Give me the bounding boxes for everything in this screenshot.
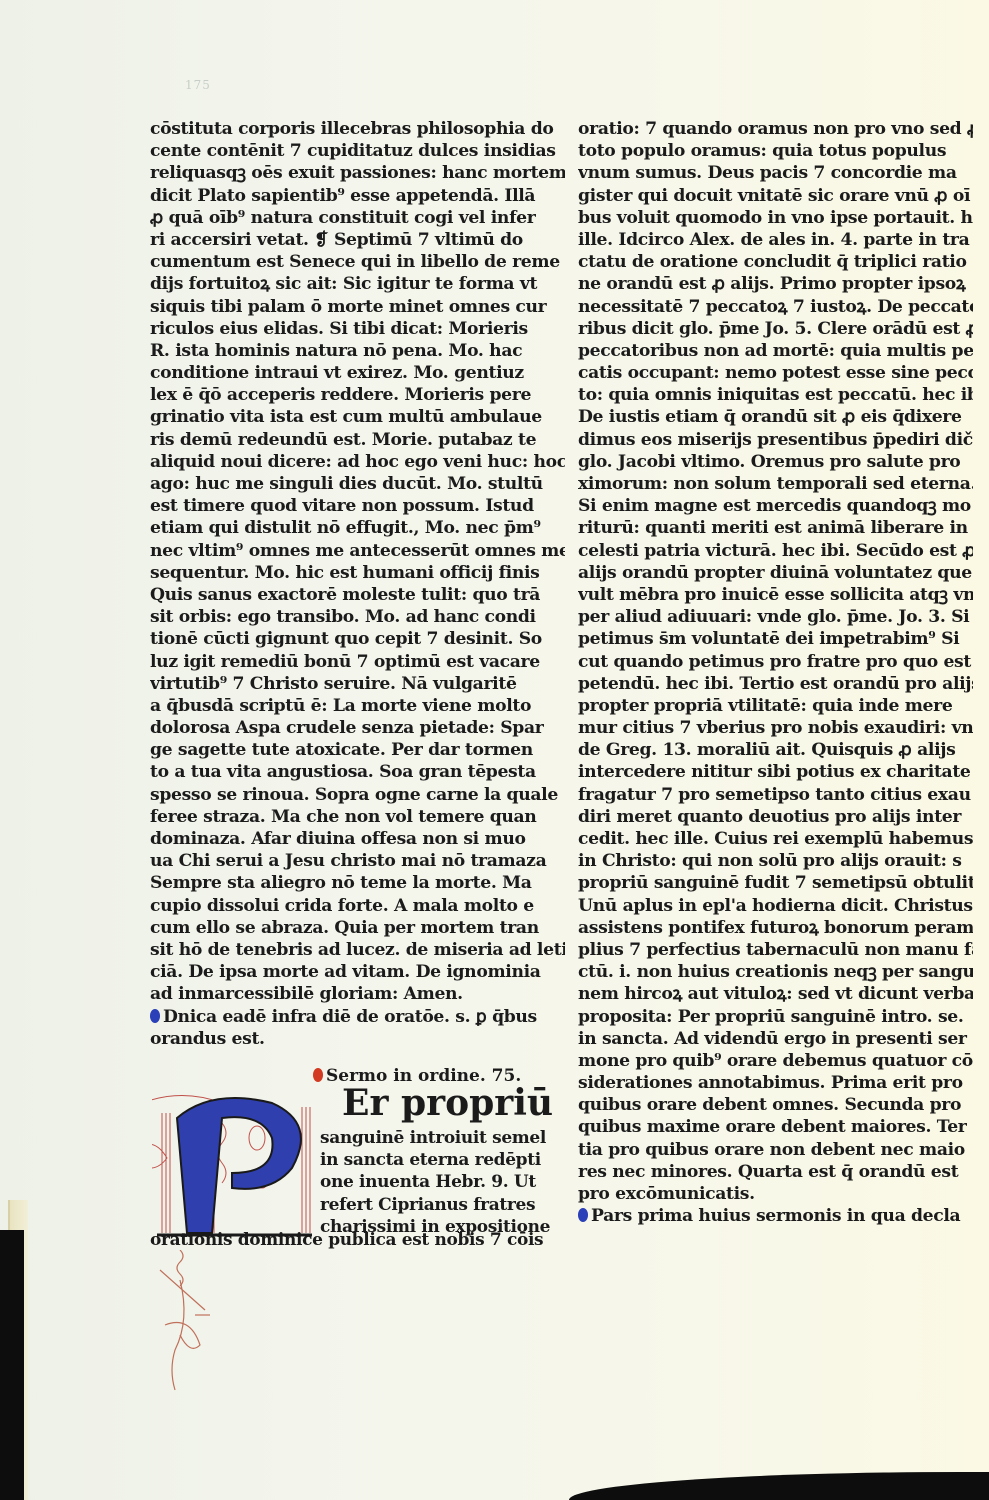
text-line: ciā. De ipsa morte ad vitam. De ignomini… <box>150 961 565 983</box>
text-line: Si enim magne est mercedis quandoqꝫ mo <box>578 495 973 517</box>
text-line: dicit Plato sapientib⁹ esse appetendā. I… <box>150 185 565 207</box>
text-line: Sempre sta aliegro nō teme la morte. Ma <box>150 872 565 894</box>
text-line: alijs orandū propter diuinā voluntatez q… <box>578 562 973 584</box>
text-line: assistens pontifex futuroꝝ bonorum peram <box>578 917 973 939</box>
text-line: cupio dissolui crida forte. A mala molto… <box>150 895 565 917</box>
text-line: cōstituta corporis illecebras philosophi… <box>150 118 565 140</box>
text-line: sanguinē introiuit semel <box>320 1127 570 1149</box>
text-line: in sancta eterna redēpti <box>320 1149 570 1171</box>
left-column-text: cōstituta corporis illecebras philosophi… <box>150 118 565 1050</box>
text-line: siderationes annotabimus. Prima erit pro <box>578 1072 973 1094</box>
illuminated-initial <box>152 1093 317 1241</box>
text-beside-initial: sanguinē introiuit semel in sancta etern… <box>320 1127 570 1238</box>
text-line: sequentur. Mo. hic est humani officij fi… <box>150 562 565 584</box>
text-line: gister qui docuit vnitatē sic orare vnū … <box>578 185 973 207</box>
text-line: ꝓ quā oīb⁹ natura constituit cogi vel in… <box>150 207 565 229</box>
text-line: ge sagette tute atoxicate. Per dar torme… <box>150 739 565 761</box>
text-line: propter propriā vtilitatē: quia inde mer… <box>578 695 973 717</box>
text-line: Unū aplus in epl'a hodierna dicit. Chris… <box>578 895 973 917</box>
text-line: petendū. hec ibi. Tertio est orandū pro … <box>578 673 973 695</box>
text-line: ximorum: non solum temporali sed eterna. <box>578 473 973 495</box>
text-line: bus voluit quomodo in vno ipse portauit.… <box>578 207 973 229</box>
text-line: reliquasqꝫ oēs exuit passiones: hanc mor… <box>150 162 565 184</box>
marginal-flourish-icon <box>130 1250 230 1410</box>
text-line: to a tua vita angustiosa. Soa gran tēpes… <box>150 761 565 783</box>
text-line: dominaza. Afar diuina offesa non si muo <box>150 828 565 850</box>
text-line: conditione intraui vt exirez. Mo. gentiu… <box>150 362 565 384</box>
text-line: ri accersiri vetat. ❡ Septimū 7 vltimū d… <box>150 229 565 251</box>
text-line: oratio: 7 quando oramus non pro vno sed … <box>578 118 973 140</box>
text-line: lex ē q̄ō acceperis reddere. Morieris pe… <box>150 384 565 406</box>
text-line: riturū: quanti meriti est animā liberare… <box>578 517 973 539</box>
text-line: ctū. i. non huius creationis neqꝫ per sa… <box>578 961 973 983</box>
text-line: fragatur 7 pro semetipso tanto citius ex… <box>578 784 973 806</box>
text-line: dolorosa Aspa crudele senza pietade: Spa… <box>150 717 565 739</box>
text-line: R. ista hominis natura nō pena. Mo. hac <box>150 340 565 362</box>
text-line: per aliud adiuuari: vnde glo. p̄me. Jo. … <box>578 606 973 628</box>
text-line: est timere quod vitare non possum. Istud <box>150 495 565 517</box>
text-line: cumentum est Senece qui in libello de re… <box>150 251 565 273</box>
text-line: refert Ciprianus fratres <box>320 1194 570 1216</box>
text-line: in Christo: qui non solū pro alijs oraui… <box>578 850 973 872</box>
text-line: de Greg. 13. moraliū ait. Quisquis ꝓ ali… <box>578 739 973 761</box>
text-line: peccatoribus non ad mortē: quia multis p… <box>578 340 973 362</box>
text-line: celesti patria victurā. hec ibi. Secūdo … <box>578 540 973 562</box>
text-line: De iustis etiam q̄ orandū sit ꝓ eis q̄di… <box>578 406 973 428</box>
text-line: propriū sanguinē fudit 7 semetipsū obtul… <box>578 872 973 894</box>
text-line: in sancta. Ad videndū ergo in presenti s… <box>578 1028 973 1050</box>
text-line: cente contēnit 7 cupiditatuz dulces insi… <box>150 140 565 162</box>
text-line: cut quando petimus pro fratre pro quo es… <box>578 651 973 673</box>
text-line: vnum sumus. Deus pacis 7 concordie ma <box>578 162 973 184</box>
text-line: to: quia omnis iniquitas est peccatū. he… <box>578 384 973 406</box>
text-line: plius 7 perfectius tabernaculū non manu … <box>578 939 973 961</box>
text-line: riculos eius elidas. Si tibi dicat: Mori… <box>150 318 565 340</box>
text-line: ne orandū est ꝓ alijs. Primo propter ips… <box>578 273 973 295</box>
right-column-text: oratio: 7 quando oramus non pro vno sed … <box>578 118 973 1227</box>
initial-penwork-icon <box>152 1093 317 1241</box>
text-line: nem hircoꝝ aut vituloꝝ: sed vt dicunt ve… <box>578 983 973 1005</box>
text-line: nec vltim⁹ omnes me antecesserūt omnes m… <box>150 540 565 562</box>
text-line: Quis sanus exactorē moleste tulit: quo t… <box>150 584 565 606</box>
text-line: diri meret quanto deuotius pro alijs int… <box>578 806 973 828</box>
text-line: tia pro quibus orare non debent nec maio <box>578 1139 973 1161</box>
incipit-large-text: Er propriū <box>342 1083 553 1123</box>
text-line: virtutib⁹ 7 Christo seruire. Nā vulgarit… <box>150 673 565 695</box>
text-line: one inuenta Hebr. 9. Ut <box>320 1171 570 1193</box>
text-line: luz igit remediū bonū 7 optimū est vacar… <box>150 651 565 673</box>
text-line: proposita: Per propriū sanguinē intro. s… <box>578 1006 973 1028</box>
text-line: spesso se rinoua. Sopra ogne carne la qu… <box>150 784 565 806</box>
text-line: toto populo oramus: quia totus populus <box>578 140 973 162</box>
blue-paragraph-mark-icon <box>150 1009 160 1023</box>
faint-folio-mark: 175 <box>185 78 211 92</box>
text-line: ille. Idcirco Alex. de ales in. 4. parte… <box>578 229 973 251</box>
text-line: vult mēbra pro inuicē esse sollicita atq… <box>578 584 973 606</box>
text-line: quibus orare debent omnes. Secunda pro <box>578 1094 973 1116</box>
rubric-text: Dnica eadē infra diē de oratōe. s. ꝑ q̄b… <box>163 1007 537 1027</box>
text-line: ad inmarcessibilē gloriam: Amen. <box>150 983 565 1005</box>
section-rubric: Pars prima huius sermonis in qua decla <box>578 1205 973 1227</box>
text-line: cum ello se abraza. Quia per mortem tran <box>150 917 565 939</box>
section-rubric-text: Pars prima huius sermonis in qua decla <box>591 1206 960 1226</box>
rubric-heading: Dnica eadē infra diē de oratōe. s. ꝑ q̄b… <box>150 1006 565 1028</box>
text-line: aliquid noui dicere: ad hoc ego veni huc… <box>150 451 565 473</box>
text-line: tionē cūcti gignunt quo cepit 7 desinit.… <box>150 628 565 650</box>
text-line: siquis tibi palam ō morte minet omnes cu… <box>150 296 565 318</box>
text-line: dimus eos miserijs presentibus p̄pediri … <box>578 429 973 451</box>
text-line: mur citius 7 vberius pro nobis exaudiri:… <box>578 717 973 739</box>
blue-paragraph-mark-icon <box>578 1208 588 1222</box>
text-line: ris demū redeundū est. Morie. putabaz te <box>150 429 565 451</box>
text-line: pro excōmunicatis. <box>578 1183 973 1205</box>
text-line: ua Chi serui a Jesu christo mai nō trama… <box>150 850 565 872</box>
text-line: ago: huc me singuli dies ducūt. Mo. stul… <box>150 473 565 495</box>
text-line: petimus s̄m voluntatē dei impetrabim⁹ Si <box>578 628 973 650</box>
text-line: sit orbis: ego transibo. Mo. ad hanc con… <box>150 606 565 628</box>
text-line-below-initial: orationis dominice publica est nobis 7 c… <box>150 1229 543 1251</box>
text-line: mone pro quib⁹ orare debemus quatuor cō <box>578 1050 973 1072</box>
book-page: 175 cōstituta corporis illecebras philos… <box>0 0 989 1500</box>
text-line: feree straza. Ma che non vol temere quan <box>150 806 565 828</box>
text-line: etiam qui distulit nō effugit., Mo. nec … <box>150 517 565 539</box>
text-line: intercedere nititur sibi potius ex chari… <box>578 761 973 783</box>
text-line: dijs fortuitoꝝ sic ait: Sic igitur te fo… <box>150 273 565 295</box>
text-line: ctatu de oratione concludit q̄ triplici … <box>578 251 973 273</box>
dark-background-left <box>0 1230 24 1500</box>
text-line: quibus maxime orare debent maiores. Ter <box>578 1116 973 1138</box>
text-line: necessitatē 7 peccatoꝝ 7 iustoꝝ. De pecc… <box>578 296 973 318</box>
text-line: sit hō de tenebris ad lucez. de miseria … <box>150 939 565 961</box>
text-line: a q̄busdā scriptū ē: La morte viene molt… <box>150 695 565 717</box>
text-line: grinatio vita ista est cum multū ambulau… <box>150 406 565 428</box>
page-curl-shadow <box>569 1472 989 1500</box>
text-line: catis occupant: nemo potest esse sine pe… <box>578 362 973 384</box>
rubric-heading-continued: orandus est. <box>150 1028 565 1050</box>
text-line: glo. Jacobi vltimo. Oremus pro salute pr… <box>578 451 973 473</box>
text-line: ribus dicit glo. p̄me Jo. 5. Clere orādū… <box>578 318 973 340</box>
text-line: cedit. hec ille. Cuius rei exemplū habem… <box>578 828 973 850</box>
text-line: res nec minores. Quarta est q̄ orandū es… <box>578 1161 973 1183</box>
red-paragraph-mark-icon <box>313 1068 323 1082</box>
